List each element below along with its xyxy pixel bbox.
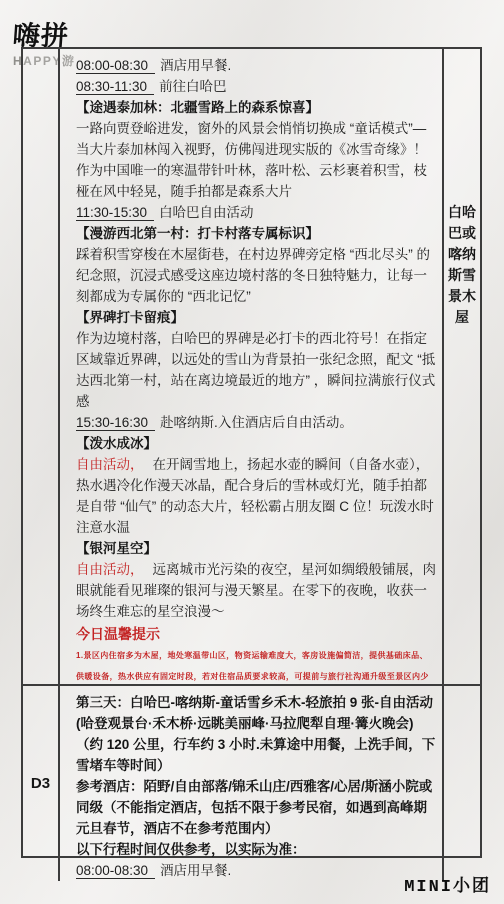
section-heading: 【途遇泰加林：北疆雪路上的森系惊喜】 [76, 97, 436, 118]
accommodation-cell: 白哈巴或喀纳斯雪景木屋 [442, 49, 480, 684]
description-paragraph: 自由活动，远离城市光污染的夜空，星河如绸缎般铺展，肉眼就能看见璀璨的银河与漫天繁… [76, 559, 436, 622]
description-paragraph: 参考酒店：陌野/自由部落/锦禾山庄/西雅客/心居/斯涵小院或同级（不能指定酒店，… [76, 776, 436, 839]
day-label-cell [23, 49, 60, 684]
time-range: 08:00-08:30 [76, 58, 155, 74]
accommodation-cell [442, 686, 480, 881]
activity-text: 前往白哈巴 [159, 79, 227, 94]
time-range: 08:00-08:30 [76, 863, 155, 879]
time-range: 15:30-16:30 [76, 415, 155, 431]
description-paragraph: 作为边境村落，白哈巴的界碑是必打卡的西北符号！在指定区域靠近界碑，以远处的雪山为… [76, 328, 436, 412]
free-activity-label: 自由活动， [76, 457, 144, 472]
section-heading: 【银河星空】 [76, 538, 436, 559]
description-paragraph: 一路向贾登峪进发，窗外的风景会悄悄切换成 “童话模式”— 当大片泰加林闯入视野，… [76, 118, 436, 202]
schedule-content-cell: 08:00-08:30酒店用早餐.08:30-11:30前往白哈巴【途遇泰加林：… [60, 49, 442, 684]
itinerary-row-day2: 08:00-08:30酒店用早餐.08:30-11:30前往白哈巴【途遇泰加林：… [23, 49, 480, 686]
tips-title: 今日温馨提示 [76, 623, 436, 645]
accommodation-label: 白哈巴或喀纳斯雪景木屋 [447, 202, 477, 684]
description-paragraph: 踩着积雪穿梭在木屋街巷，在村边界碑旁定格 “西北尽头” 的纪念照，沉浸式感受这座… [76, 244, 436, 307]
section-heading: 【界碑打卡留痕】 [76, 307, 436, 328]
activity-text: 酒店用早餐. [160, 863, 231, 878]
schedule-line: 08:30-11:30前往白哈巴 [76, 76, 436, 97]
tip-item: 1.景区内住宿多为木屋，地处寒温带山区，物资运输难度大，客房设施偏简洁，提供基础… [76, 645, 436, 684]
section-heading: 【泼水成冰】 [76, 433, 436, 454]
mini-group-logo: MINI小团 [404, 871, 491, 897]
free-activity-label: 自由活动， [76, 562, 144, 577]
schedule-line: 15:30-16:30赴喀纳斯.入住酒店后自由活动。 [76, 412, 436, 433]
time-range: 11:30-15:30 [76, 205, 154, 221]
day-label-cell: D3 [23, 686, 60, 881]
itinerary-table: 08:00-08:30酒店用早餐.08:30-11:30前往白哈巴【途遇泰加林：… [21, 47, 482, 858]
description-paragraph: 自由活动，在开阔雪地上，扬起水壶的瞬间（自备水壶），热水遇冷化作漫天冰晶，配合身… [76, 454, 436, 538]
schedule-line: 08:00-08:30酒店用早餐. [76, 860, 436, 881]
activity-text: 赴喀纳斯.入住酒店后自由活动。 [160, 415, 353, 430]
time-range: 08:30-11:30 [76, 79, 154, 95]
description-paragraph: 以下行程时间仅供参考，以实际为准： [76, 839, 436, 860]
schedule-content-cell: 第三天：白哈巴-喀纳斯-童话雪乡禾木-轻旅拍 9 张-自由活动(哈登观景台·禾木… [60, 686, 442, 881]
schedule-line: 08:00-08:30酒店用早餐. [76, 55, 436, 76]
activity-text: 酒店用早餐. [160, 58, 231, 73]
schedule-line: 11:30-15:30白哈巴自由活动 [76, 202, 436, 223]
activity-text: 白哈巴自由活动 [159, 205, 254, 220]
itinerary-row-day3: D3 第三天：白哈巴-喀纳斯-童话雪乡禾木-轻旅拍 9 张-自由活动(哈登观景台… [23, 686, 480, 881]
description-paragraph: 第三天：白哈巴-喀纳斯-童话雪乡禾木-轻旅拍 9 张-自由活动(哈登观景台·禾木… [76, 692, 436, 776]
section-heading: 【漫游西北第一村：打卡村落专属标识】 [76, 223, 436, 244]
